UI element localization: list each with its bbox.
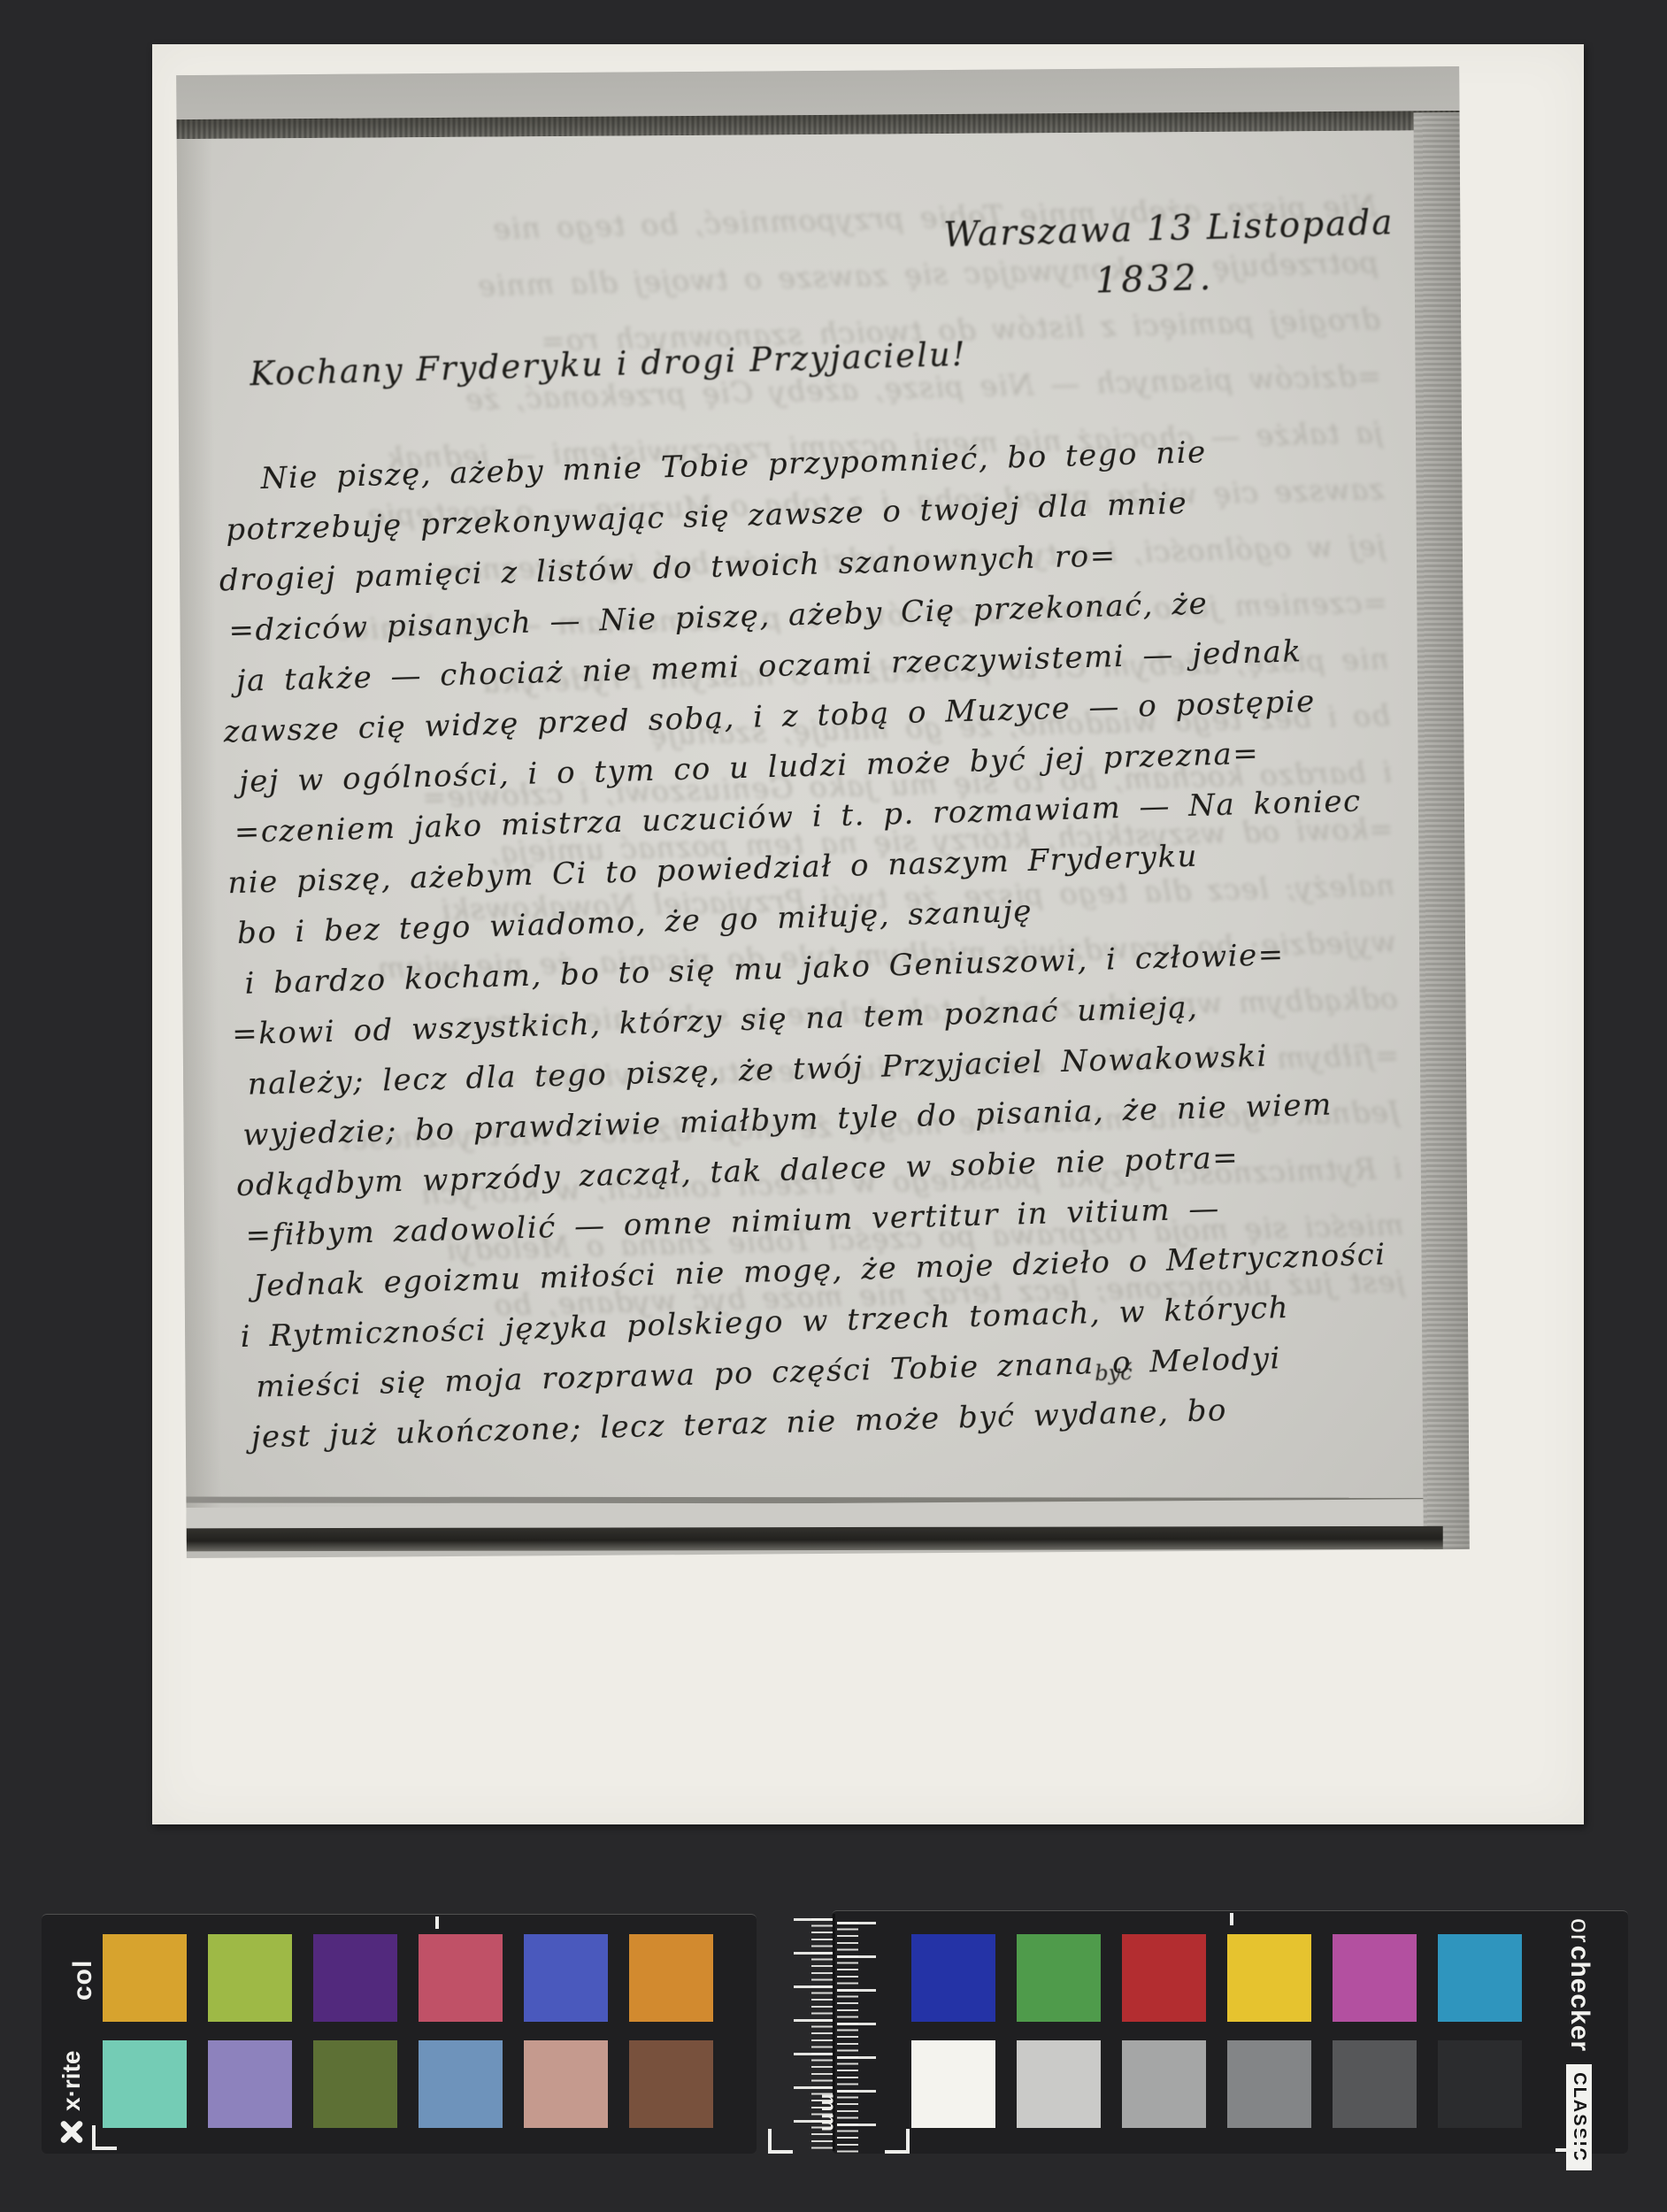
- color-patch: [1333, 1934, 1417, 2022]
- corner-bracket-icon: [768, 2129, 793, 2154]
- letter-photograph: Nie piszę, ażeby mnie Tobie przypomnieć,…: [176, 66, 1470, 1558]
- left-strip-row-2: [103, 2040, 713, 2128]
- colorchecker-label-bold: checker: [1564, 1946, 1594, 2052]
- color-patch: [629, 2040, 713, 2128]
- color-patch: [419, 1934, 503, 2022]
- corner-bracket-icon: [1556, 2127, 1580, 2152]
- xrite-brand: x·rite: [58, 2051, 86, 2147]
- color-patch: [629, 1934, 713, 2022]
- color-patch: [103, 2040, 187, 2128]
- color-patch: [1227, 1934, 1311, 2022]
- handwriting-layer: Warszawa 13 Listopada 1832. Kochany Fryd…: [176, 118, 1438, 1553]
- corner-bracket-icon: [92, 2125, 117, 2150]
- interline-insert-note: być: [1095, 1360, 1133, 1386]
- color-patch: [419, 2040, 503, 2128]
- color-patch: [911, 1934, 995, 2022]
- letter-date-year: 1832.: [1095, 257, 1215, 302]
- corner-bracket-icon: [885, 2129, 910, 2154]
- print-mat: Nie piszę, ażeby mnie Tobie przypomnieć,…: [152, 44, 1584, 1824]
- color-patch: [208, 1934, 292, 2022]
- xrite-label: x·rite: [58, 2051, 86, 2111]
- color-patch: [911, 2040, 995, 2128]
- xrite-logo-icon: [58, 2120, 85, 2147]
- color-patch: [313, 1934, 397, 2022]
- colorchecker-brand-label-top: col: [68, 1960, 98, 2001]
- color-patch: [524, 1934, 608, 2022]
- letter-body: Nie piszę, ażeby mnie Tobie przypomnieć,…: [224, 429, 1428, 1471]
- color-patch: [524, 2040, 608, 2128]
- backdrop-cloth-right: [1413, 112, 1469, 1549]
- color-patch: [208, 2040, 292, 2128]
- color-patch: [1333, 2040, 1417, 2128]
- registration-mark-icon: [435, 1916, 439, 1929]
- ruler-major-ticks-right: [837, 1922, 876, 2154]
- left-strip-row-1: [103, 1934, 713, 2022]
- letter-date-place: Warszawa 13 Listopada: [943, 203, 1394, 255]
- color-patch: [1438, 1934, 1522, 2022]
- color-patch: [1017, 2040, 1101, 2128]
- color-patch: [1122, 2040, 1206, 2128]
- color-patch: [313, 2040, 397, 2128]
- colorchecker-right-strip: or checker CLASSIC: [832, 1910, 1628, 2154]
- color-patch: [1438, 2040, 1522, 2128]
- letter-bottom-edge: [187, 1526, 1443, 1551]
- ruler-unit-label: mm: [817, 2093, 841, 2133]
- color-patch: [1017, 1934, 1101, 2022]
- letter-salutation: Kochany Fryderyku i drogi Przyjacielu!: [250, 335, 967, 394]
- color-patch: [1122, 1934, 1206, 2022]
- letter-paper: Nie piszę, ażeby mnie Tobie przypomnieć,…: [177, 130, 1424, 1540]
- classic-badge: CLASSIC: [1567, 2064, 1593, 2170]
- color-patch: [1227, 2040, 1311, 2128]
- color-patch: [103, 1934, 187, 2022]
- right-strip-row-2: [911, 2040, 1522, 2128]
- colorchecker-left-strip: col x·rite: [42, 1914, 757, 2154]
- registration-mark-icon: [1230, 1913, 1233, 1925]
- right-strip-row-1: [911, 1934, 1522, 2022]
- brand-label-text: col: [68, 1960, 97, 2001]
- colorchecker-label-light: or: [1564, 1918, 1594, 1944]
